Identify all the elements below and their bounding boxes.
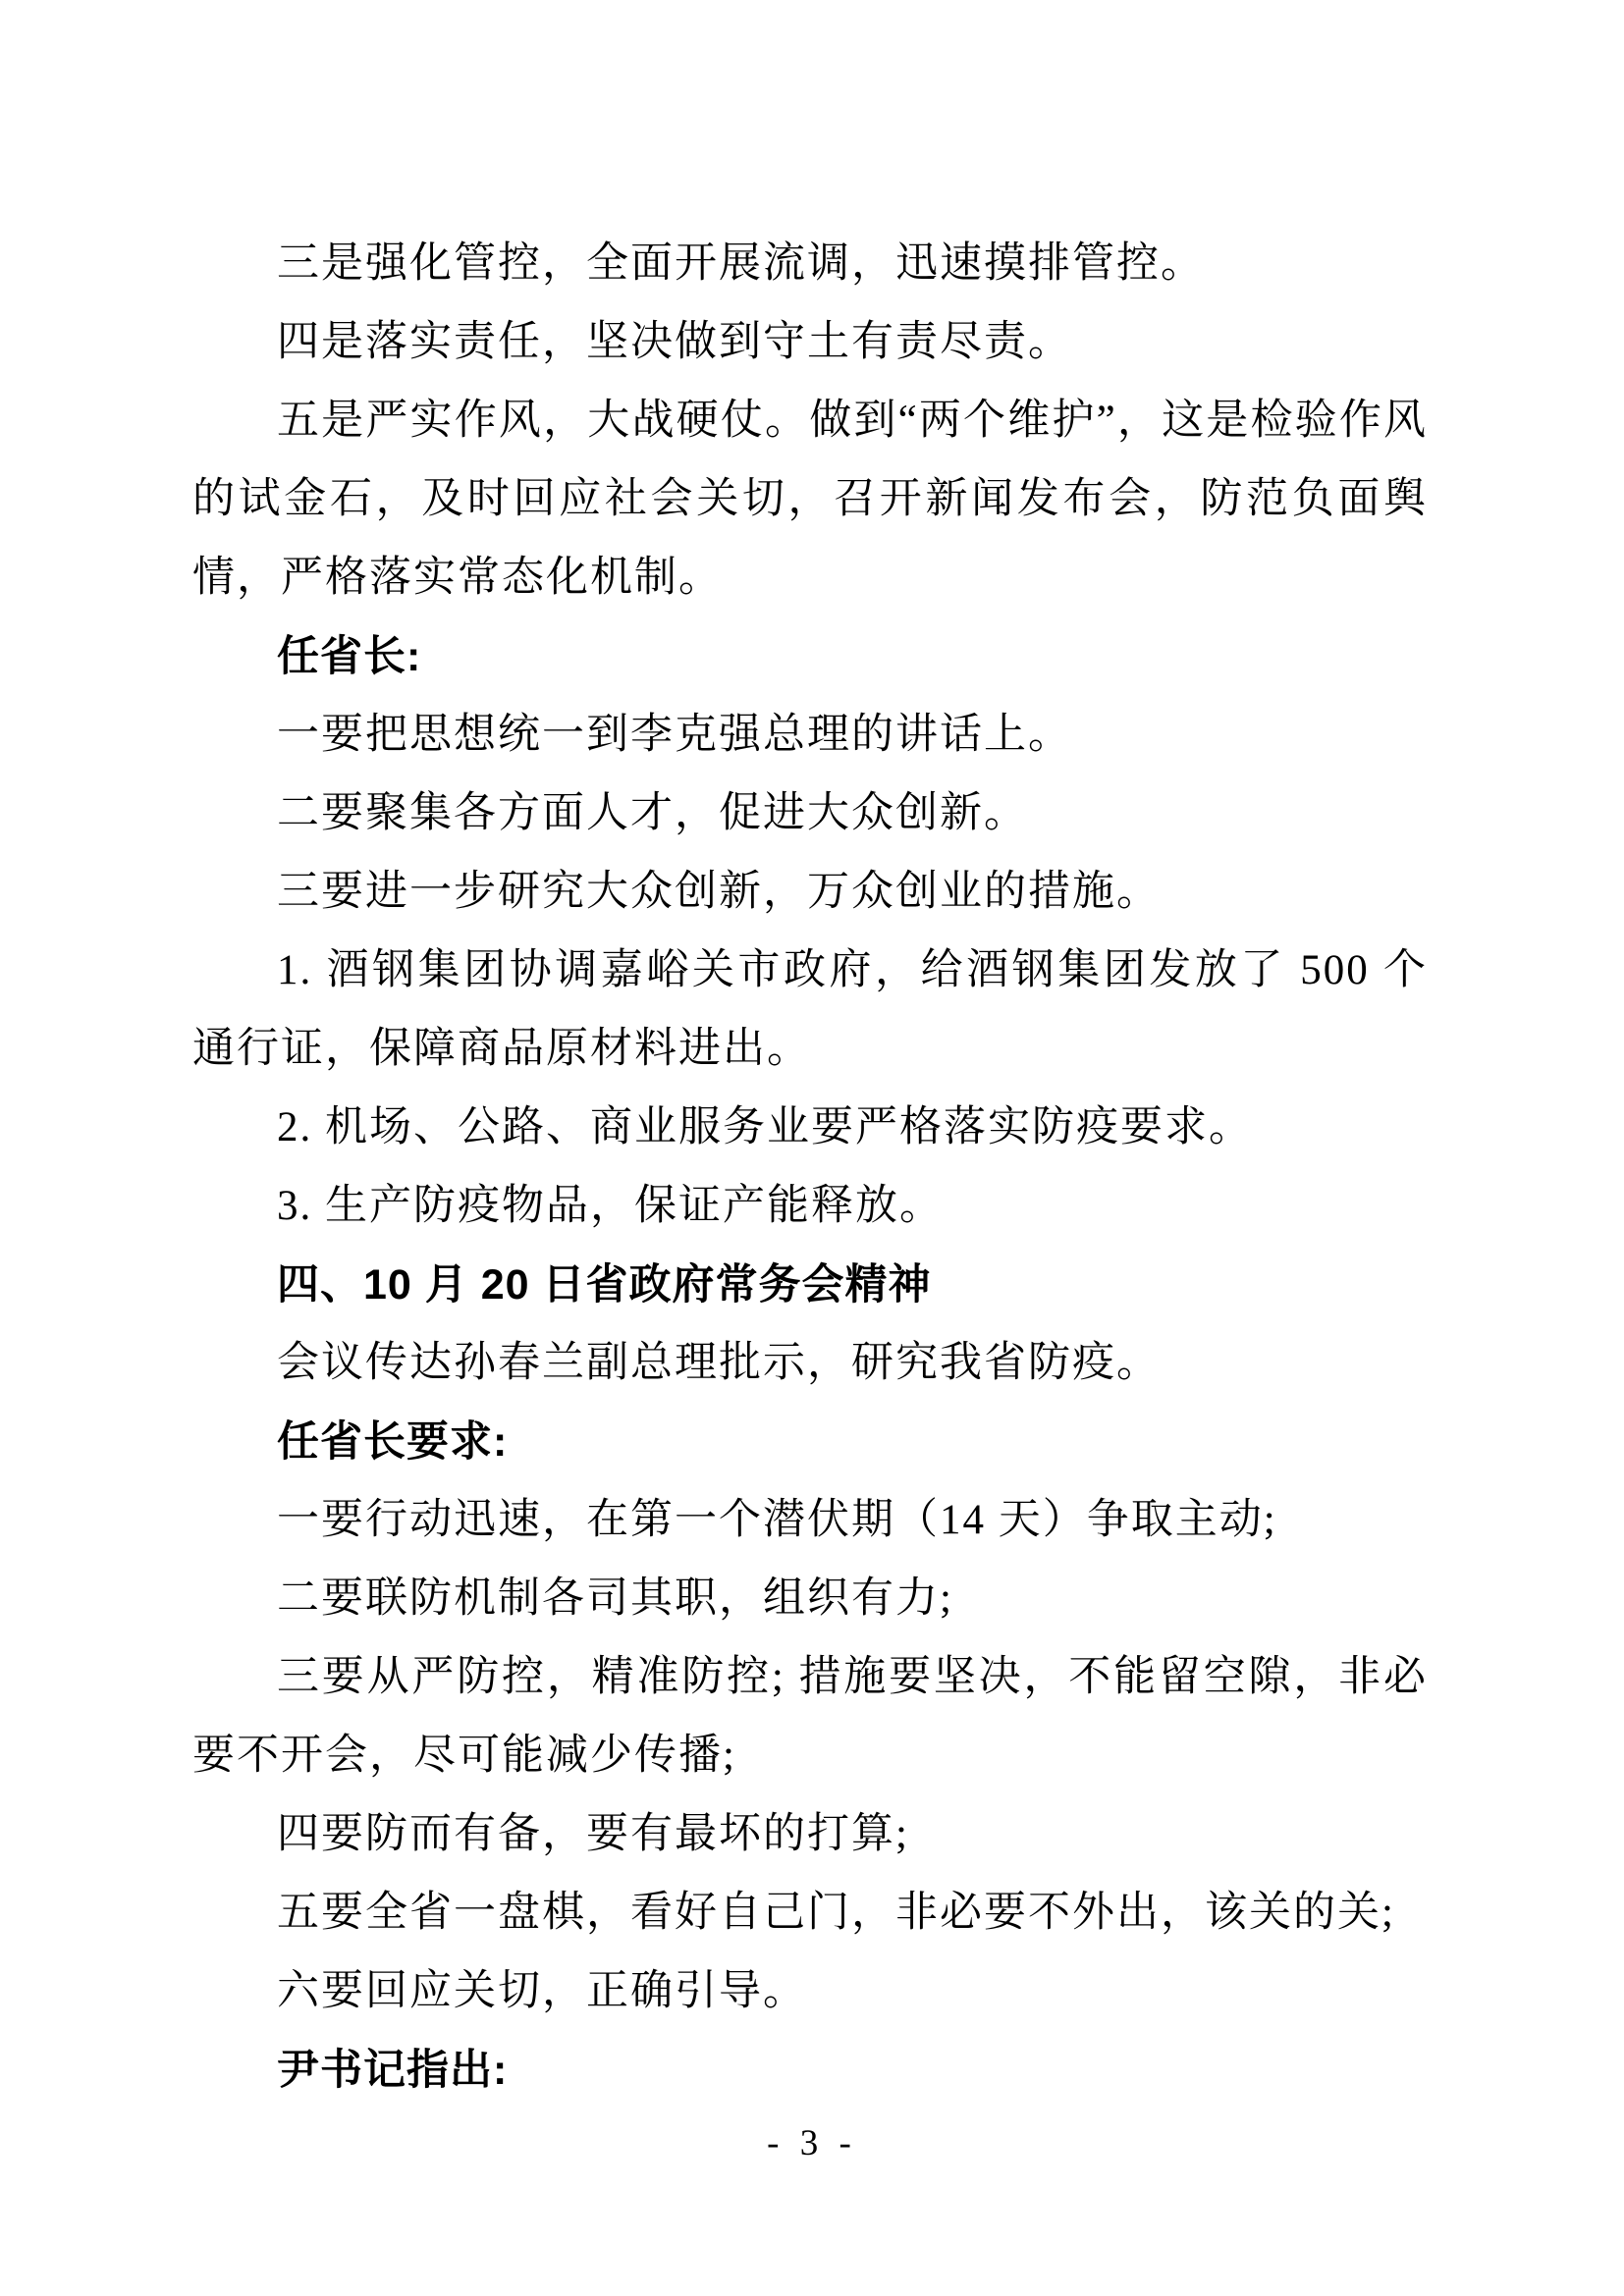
paragraph-numbered-3: 3. 生产防疫物品，保证产能释放。	[192, 1167, 1428, 1246]
paragraph-item-3: 三是强化管控，全面开展流调，迅速摸排管控。	[192, 225, 1428, 303]
paragraph-requirement-5: 五要全省一盘棋，看好自己门，非必要不外出，该关的关;	[192, 1874, 1428, 1952]
paragraph-item-4: 四是落实责任，坚决做到守土有责尽责。	[192, 303, 1428, 382]
paragraph-requirement-3: 三要从严防控，精准防控; 措施要坚决，不能留空隙，非必要不开会，尽可能减少传播;	[192, 1638, 1428, 1795]
speaker-label-governor-requirements: 任省长要求:	[192, 1403, 1428, 1481]
document-page: 三是强化管控，全面开展流调，迅速摸排管控。 四是落实责任，坚决做到守土有责尽责。…	[0, 0, 1624, 2296]
paragraph-item-5: 五是严实作风，大战硬仗。做到“两个维护”，这是检验作风的试金石，及时回应社会关切…	[192, 382, 1428, 617]
paragraph-requirement-6: 六要回应关切，正确引导。	[192, 1952, 1428, 2031]
paragraph-numbered-2: 2. 机场、公路、商业服务业要严格落实防疫要求。	[192, 1089, 1428, 1167]
document-body: 三是强化管控，全面开展流调，迅速摸排管控。 四是落实责任，坚决做到守土有责尽责。…	[192, 225, 1428, 2109]
paragraph-point-1: 一要把思想统一到李克强总理的讲话上。	[192, 696, 1428, 774]
paragraph-requirement-4: 四要防而有备，要有最坏的打算;	[192, 1795, 1428, 1874]
speaker-label-secretary: 尹书记指出:	[192, 2031, 1428, 2109]
page-number: - 3 -	[0, 2122, 1624, 2164]
paragraph-requirement-2: 二要联防机制各司其职，组织有力;	[192, 1560, 1428, 1638]
paragraph-numbered-1: 1. 酒钢集团协调嘉峪关市政府，给酒钢集团发放了 500 个通行证，保障商品原材…	[192, 932, 1428, 1089]
paragraph-point-2: 二要聚集各方面人才，促进大众创新。	[192, 774, 1428, 853]
section-heading-four: 四、10 月 20 日省政府常务会精神	[192, 1246, 1428, 1324]
paragraph-point-3: 三要进一步研究大众创新，万众创业的措施。	[192, 853, 1428, 932]
paragraph-meeting-summary: 会议传达孙春兰副总理批示，研究我省防疫。	[192, 1324, 1428, 1403]
paragraph-requirement-1: 一要行动迅速，在第一个潜伏期（14 天）争取主动;	[192, 1481, 1428, 1560]
speaker-label-governor: 任省长:	[192, 617, 1428, 696]
